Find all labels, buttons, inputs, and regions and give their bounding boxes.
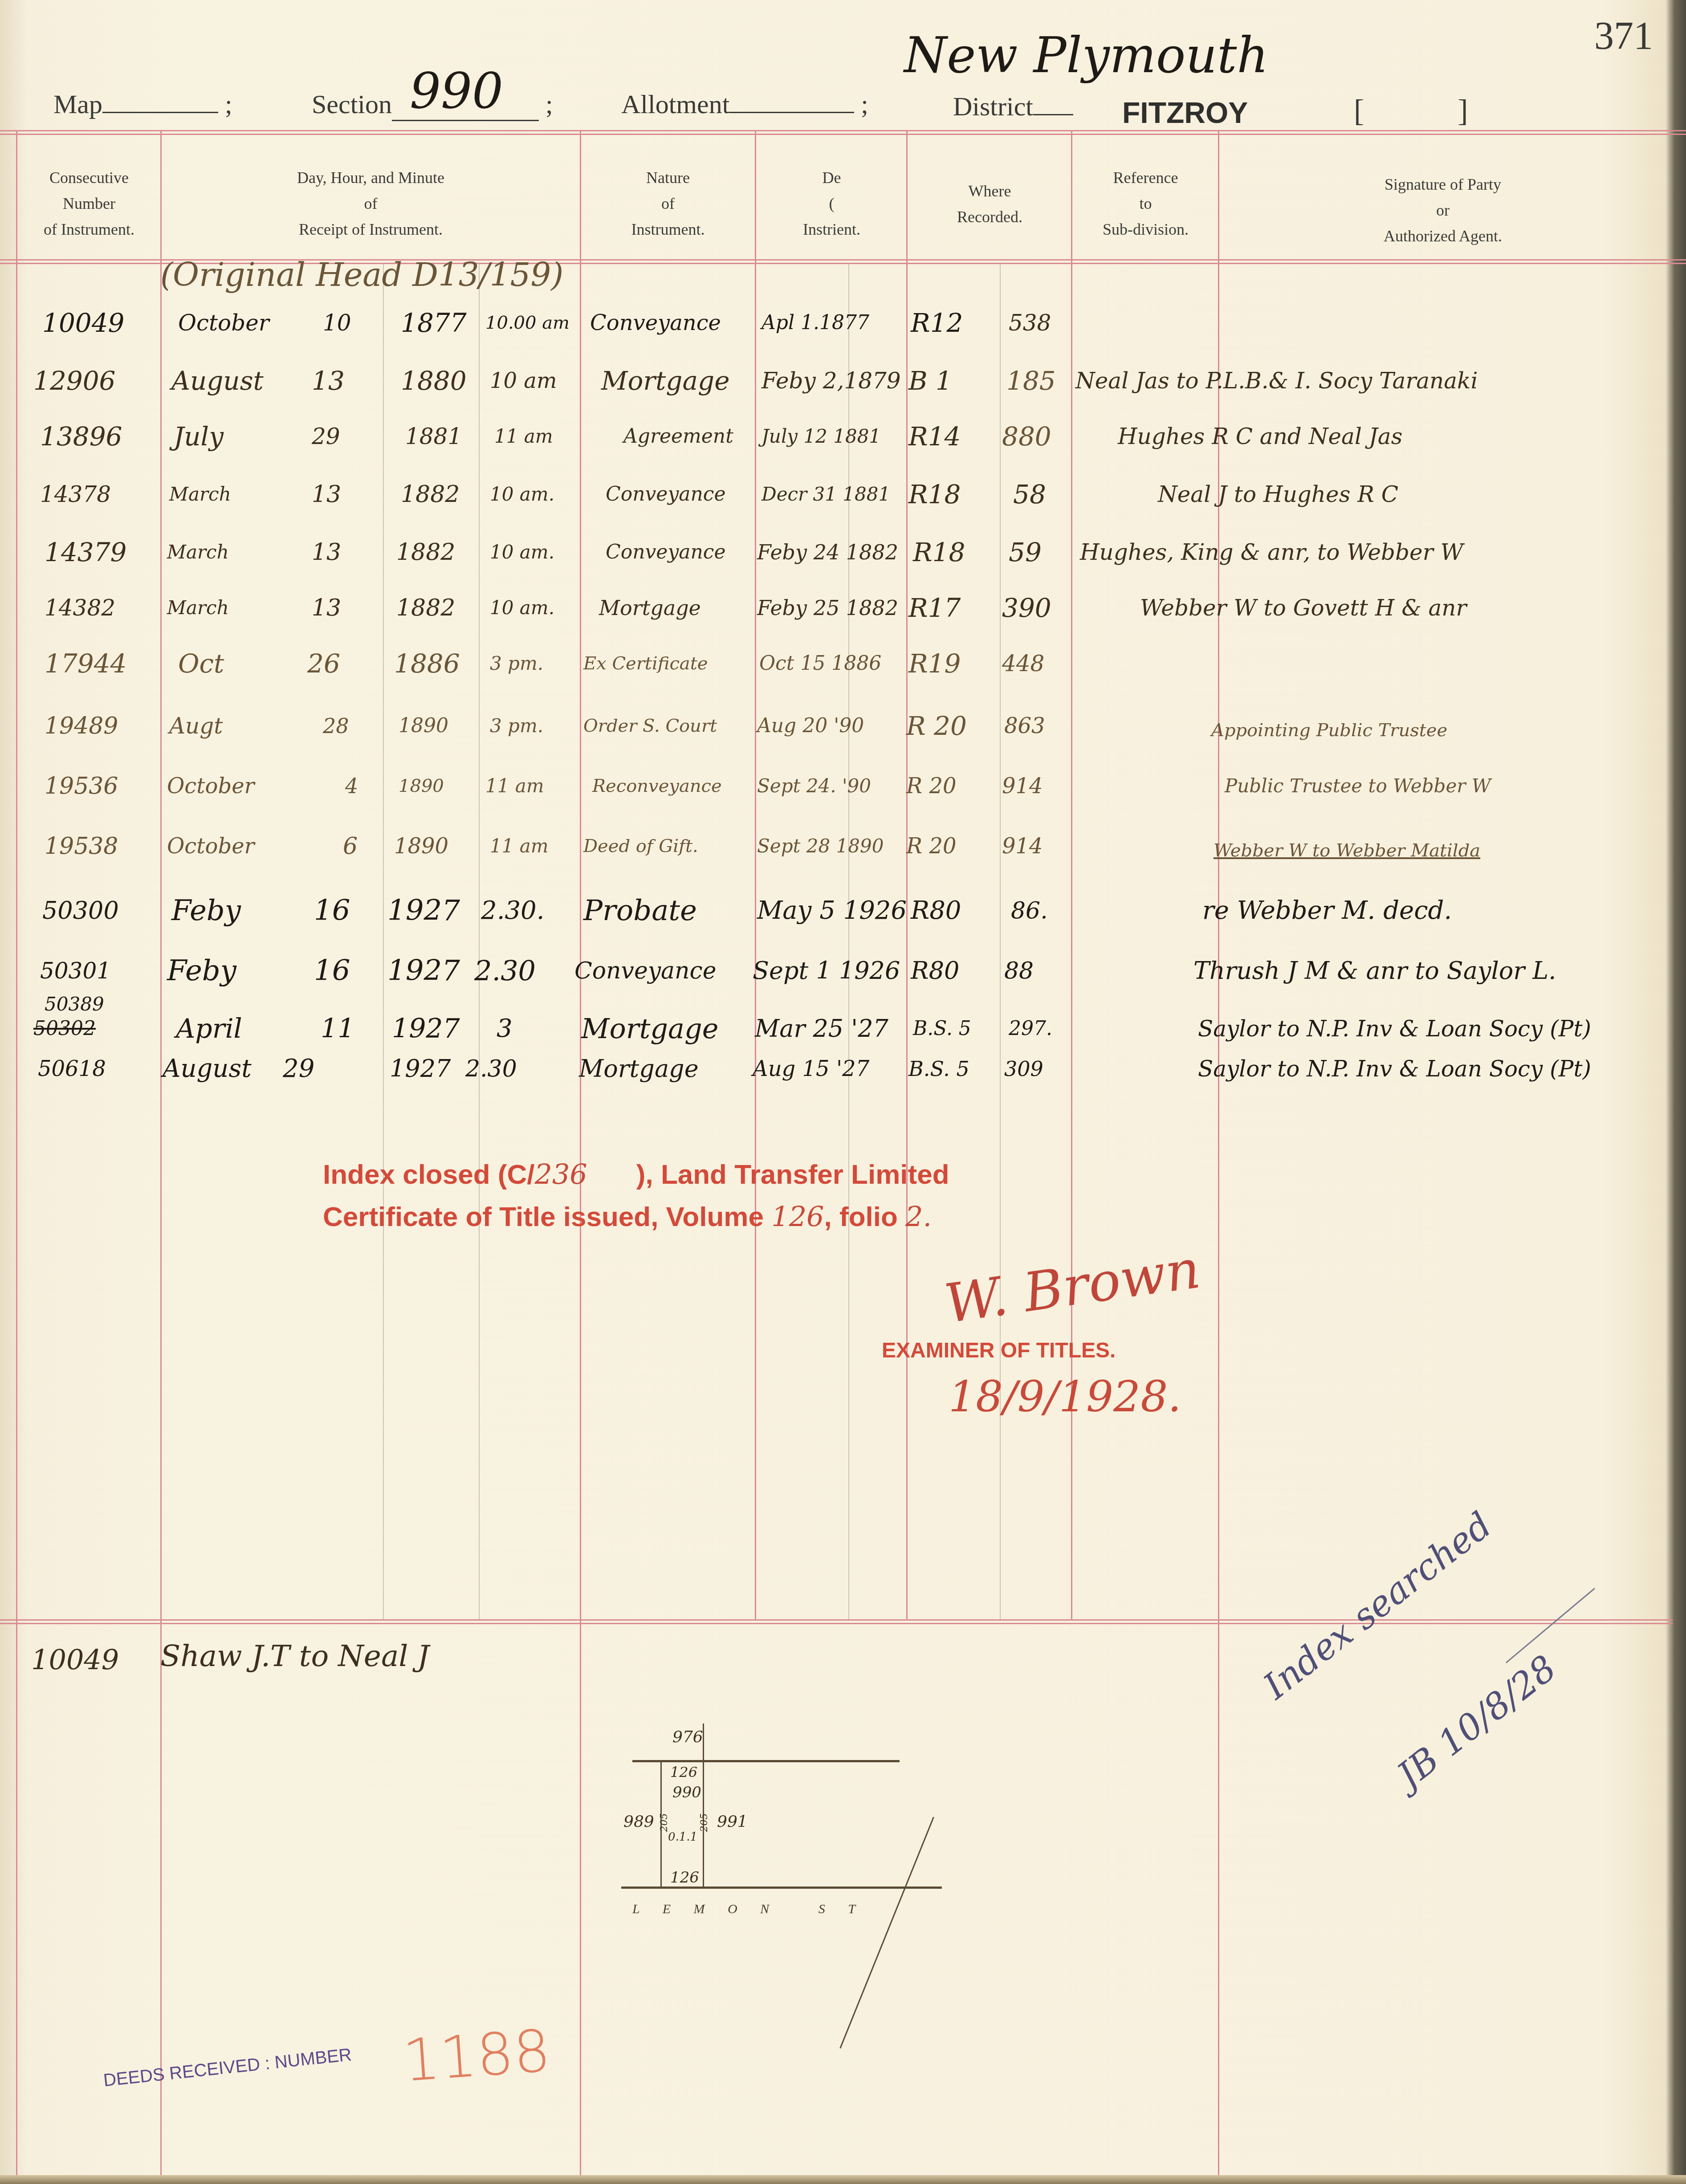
instrument-nature: Reconveyance xyxy=(592,759,722,813)
table-row: 14379 March 13 1882 10 am. Conveyance Fe… xyxy=(0,526,1686,579)
instrument-date: Feby 2,1879 xyxy=(762,354,901,407)
receipt-month: March xyxy=(169,468,231,521)
receipt-year: 1882 xyxy=(396,581,455,635)
instrument-nature: Conveyance xyxy=(606,468,726,521)
parties: Webber W to Webber Matilda xyxy=(1214,824,1480,877)
plan-label-side-left: 205 xyxy=(659,1813,670,1832)
recorded-folio: 880 xyxy=(1002,410,1051,463)
instrument-number: 19489 xyxy=(45,699,118,753)
receipt-time: 2.30 xyxy=(465,1042,517,1096)
recorded-folio: 914 xyxy=(1002,759,1043,813)
plan-east-boundary xyxy=(703,1724,704,1887)
receipt-time: 10 am. xyxy=(490,526,554,579)
instrument-number: 14379 xyxy=(45,526,127,579)
lower-entry-number: 10049 xyxy=(31,1643,119,1676)
table-row: 13896 July 29 1881 11 am Agreement July … xyxy=(0,410,1686,463)
table-row: 12906 August 13 1880 10 am Mortgage Feby… xyxy=(0,354,1686,407)
recorded-folio: 863 xyxy=(1004,699,1045,753)
instrument-nature: Conveyance xyxy=(590,296,721,350)
recorded-folio: 448 xyxy=(1002,637,1044,690)
receipt-time: 11 am xyxy=(494,410,553,463)
recorded-volume: R19 xyxy=(908,637,961,690)
receipt-month: Oct xyxy=(178,637,224,690)
table-row: 50300 Feby 16 1927 2.30. Probate May 5 1… xyxy=(0,884,1686,937)
instrument-nature: Mortgage xyxy=(599,581,701,635)
instrument-date: Sept 24. '90 xyxy=(757,759,871,813)
allotment-label: Allotment ; xyxy=(621,89,868,120)
plan-label-west: 989 xyxy=(623,1813,654,1831)
recorded-volume: R12 xyxy=(911,296,963,350)
plan-label-subject: 990 xyxy=(672,1784,701,1801)
table-row: 19536 October 4 1890 11 am Reconveyance … xyxy=(0,759,1686,813)
receipt-month: July xyxy=(174,410,224,463)
index-closed-stamp: Index closed (C/236), Land Transfer Limi… xyxy=(323,1158,949,1190)
instrument-nature: Order S. Court xyxy=(583,699,717,753)
pencil-initials-date: JB 10/8/28 xyxy=(1389,1647,1564,1797)
recorded-volume: R80 xyxy=(911,944,959,998)
recorded-volume: R 20 xyxy=(906,759,956,813)
table-row: 50618 August 29 1927 2.30 Mortgage Aug 1… xyxy=(0,1042,1686,1096)
parties: Webber W to Govett H & anr xyxy=(1140,581,1466,635)
map-label: Map ; xyxy=(53,89,232,120)
instrument-nature: Ex Certificate xyxy=(583,637,708,690)
instrument-number: 12906 xyxy=(33,354,116,407)
instrument-date: Sept 1 1926 xyxy=(753,944,900,998)
instrument-number: 13896 xyxy=(40,410,122,463)
instrument-date: Aug 15 '27 xyxy=(753,1042,869,1096)
recorded-folio: 58 xyxy=(1013,468,1046,521)
receipt-month: October xyxy=(167,759,255,813)
receipt-time: 2.30. xyxy=(481,884,545,937)
receipt-year: 1877 xyxy=(401,296,467,350)
column-header-signature: Signature of PartyorAuthorized Agent. xyxy=(1220,171,1666,249)
receipt-time: 10 am xyxy=(490,354,557,407)
instrument-date: Aug 20 '90 xyxy=(757,699,864,753)
certificate-folio: 2. xyxy=(905,1200,932,1233)
instrument-number: 19536 xyxy=(45,759,118,813)
receipt-year: 1927 xyxy=(387,884,460,937)
certificate-volume: 126 xyxy=(771,1200,824,1233)
column-header-reference: ReferencetoSub-division. xyxy=(1073,165,1218,242)
column-header-nature: NatureofInstrument. xyxy=(581,165,755,242)
receipt-year: 1880 xyxy=(401,354,467,407)
recorded-folio: 185 xyxy=(1006,354,1056,407)
receipt-year: 1890 xyxy=(394,819,448,873)
table-row: 10049 October 10 1877 10.00 am Conveyanc… xyxy=(0,296,1686,350)
recorded-volume: R80 xyxy=(911,884,961,937)
instrument-date: Feby 24 1882 xyxy=(757,526,898,579)
instrument-nature: Mortgage xyxy=(601,354,730,407)
plan-label-north: 976 xyxy=(672,1728,703,1746)
parties: Appointing Public Trustee xyxy=(1211,704,1447,757)
recorded-folio: 309 xyxy=(1004,1042,1043,1096)
north-arrow-icon xyxy=(839,1817,934,2048)
receipt-year: 1927 xyxy=(387,944,460,998)
receipt-month: August xyxy=(163,1042,252,1096)
recorded-volume: R17 xyxy=(908,581,961,635)
instrument-date: Sept 28 1890 xyxy=(757,819,884,873)
instrument-date: Apl 1.1877 xyxy=(762,296,869,350)
table-row: 19538 October 6 1890 11 am Deed of Gift.… xyxy=(0,819,1686,873)
deeds-received-stamp: DEEDS RECEIVED : NUMBER xyxy=(102,2045,353,2090)
deeds-received-number: 1188 xyxy=(401,2017,553,2095)
receipt-month: Feby xyxy=(167,944,236,998)
table-row: 50301 Feby 16 1927 2.30 Conveyance Sept … xyxy=(0,944,1686,998)
column-header-number: ConsecutiveNumberof Instrument. xyxy=(18,165,160,242)
examiner-signature: W. Brown xyxy=(941,1239,1204,1336)
recorded-folio: 88 xyxy=(1004,944,1034,998)
instrument-number: 10049 xyxy=(42,296,125,350)
receipt-day: 29 xyxy=(312,410,340,463)
receipt-day: 13 xyxy=(312,354,345,407)
recorded-folio: 914 xyxy=(1002,819,1043,873)
section-label: Section990 ; xyxy=(312,89,553,121)
recorded-volume: R 20 xyxy=(906,819,956,873)
pencil-index-searched-note: Index searched xyxy=(1256,1504,1499,1707)
receipt-time: 3 pm. xyxy=(490,699,543,753)
receipt-year: 1927 xyxy=(390,1042,451,1096)
instrument-number: 14378 xyxy=(40,468,111,521)
receipt-day: 10 xyxy=(323,296,351,350)
parties: re Webber M. decd. xyxy=(1202,884,1452,937)
book-gutter-shadow xyxy=(0,2175,1686,2184)
column-header-recorded: WhereRecorded. xyxy=(908,178,1071,230)
instrument-nature: Conveyance xyxy=(574,944,717,998)
receipt-day: 4 xyxy=(345,759,358,813)
instrument-number: 50618 xyxy=(38,1042,106,1096)
receipt-time: 2.30 xyxy=(474,944,536,998)
plan-south-boundary xyxy=(621,1887,942,1889)
lower-entry-text: Shaw J.T to Neal J xyxy=(160,1639,429,1673)
receipt-day: 6 xyxy=(343,819,358,873)
examiner-of-titles-label: EXAMINER OF TITLES. xyxy=(882,1338,1116,1363)
receipt-year: 1882 xyxy=(396,526,455,579)
column-header-date: De(Instrient. xyxy=(757,165,906,242)
recorded-volume: B 1 xyxy=(908,354,952,407)
parties: Hughes, King & anr, to Webber W xyxy=(1080,526,1463,579)
receipt-month: March xyxy=(167,581,229,635)
receipt-day: 16 xyxy=(314,944,350,998)
table-row: 19489 Augt 28 1890 3 pm. Order S. Court … xyxy=(0,699,1686,753)
instrument-number: 14382 xyxy=(45,581,115,635)
receipt-time: 10.00 am xyxy=(485,296,570,350)
recorded-volume: R18 xyxy=(908,468,961,521)
recorded-volume: R14 xyxy=(908,410,961,463)
instrument-number: 17944 xyxy=(45,637,127,690)
parties: Saylor to N.P. Inv & Loan Socy (Pt) xyxy=(1198,1042,1591,1096)
instrument-date: May 5 1926 xyxy=(757,884,907,937)
plan-label-side-right: 205 xyxy=(699,1813,710,1832)
table-row: 14378 March 13 1882 10 am. Conveyance De… xyxy=(0,468,1686,521)
plan-label-frontage-bottom: 126 xyxy=(670,1869,699,1887)
receipt-month: October xyxy=(178,296,269,350)
receipt-day: 29 xyxy=(283,1042,314,1096)
page-number: 371 xyxy=(1594,13,1653,58)
instrument-number: 19538 xyxy=(45,819,118,873)
instrument-nature: Mortgage xyxy=(579,1042,699,1096)
plan-north-boundary xyxy=(632,1760,900,1762)
receipt-year: 1886 xyxy=(394,637,460,690)
original-head-note: (Original Head D13/159) xyxy=(160,256,563,293)
recorded-folio: 538 xyxy=(1009,296,1051,350)
receipt-month: Augt xyxy=(169,699,223,753)
receipt-time: 3 pm. xyxy=(490,637,543,690)
district-value: FITZROY xyxy=(1122,96,1248,130)
table-row: 14382 March 13 1882 10 am. Mortgage Feby… xyxy=(0,581,1686,635)
plan-label-east: 991 xyxy=(717,1813,748,1831)
receipt-year: 1890 xyxy=(399,699,448,753)
receipt-year: 1882 xyxy=(401,468,460,521)
receipt-month: March xyxy=(167,526,229,579)
parties: Hughes R C and Neal Jas xyxy=(1118,410,1402,463)
receipt-month: Feby xyxy=(171,884,241,937)
struck-instrument-number: 50302 xyxy=(33,1011,96,1047)
instrument-nature: Conveyance xyxy=(606,526,726,579)
receipt-year: 1881 xyxy=(405,410,462,463)
instrument-nature: Probate xyxy=(583,884,697,937)
plan-label-frontage-top: 126 xyxy=(670,1764,697,1781)
receipt-day: 13 xyxy=(312,581,341,635)
receipt-time: 11 am xyxy=(485,759,544,813)
parties: Neal J to Hughes R C xyxy=(1158,468,1398,521)
examiner-date: 18/9/1928. xyxy=(949,1372,1181,1422)
column-header-receipt: Day, Hour, and MinuteofReceipt of Instru… xyxy=(163,165,579,242)
plan-label-area: 0.1.1 xyxy=(668,1830,697,1844)
receipt-day: 13 xyxy=(312,526,341,579)
recorded-volume: R 20 xyxy=(906,699,967,753)
instrument-nature: Agreement xyxy=(623,410,733,463)
receipt-day: 13 xyxy=(312,468,341,521)
receipt-day: 28 xyxy=(323,699,349,753)
index-closed-ref: 236 xyxy=(534,1158,587,1190)
receipt-month: August xyxy=(171,354,264,407)
parties: Neal Jas to P.L.B.& I. Socy Taranaki xyxy=(1075,354,1478,407)
recorded-volume: R18 xyxy=(913,526,965,579)
parties: Thrush J M & anr to Saylor L. xyxy=(1193,944,1556,998)
receipt-time: 11 am xyxy=(490,819,549,873)
instrument-date: Oct 15 1886 xyxy=(759,637,881,690)
recorded-folio: 86. xyxy=(1011,884,1048,937)
receipt-year: 1890 xyxy=(399,759,444,813)
receipt-time: 10 am. xyxy=(490,581,554,635)
pencil-diagonal-stroke xyxy=(1506,1588,1595,1663)
place-name: New Plymouth xyxy=(904,27,1268,84)
table-row: 17944 Oct 26 1886 3 pm. Ex Certificate O… xyxy=(0,637,1686,690)
receipt-day: 26 xyxy=(307,637,340,690)
recorded-folio: 59 xyxy=(1009,526,1042,579)
recorded-folio: 390 xyxy=(1002,581,1051,635)
district-bracket: [ ] xyxy=(1354,94,1468,129)
parties: Public Trustee to Webber W xyxy=(1225,759,1491,813)
certificate-stamp: Certificate of Title issued, Volume 126,… xyxy=(323,1200,932,1233)
recorded-volume: B.S. 5 xyxy=(908,1042,969,1096)
instrument-nature: Deed of Gift. xyxy=(583,819,698,873)
instrument-number: 50300 xyxy=(42,884,119,937)
receipt-time: 10 am. xyxy=(490,468,554,521)
section-value: 990 xyxy=(410,62,503,119)
receipt-day: 16 xyxy=(314,884,350,937)
receipt-month: October xyxy=(167,819,255,873)
instrument-date: July 12 1881 xyxy=(762,410,881,463)
district-label: District xyxy=(953,91,1073,122)
plan-street-name: L E M O N S T xyxy=(632,1902,865,1917)
instrument-date: Feby 25 1882 xyxy=(757,581,898,635)
instrument-date: Decr 31 1881 xyxy=(762,468,890,521)
